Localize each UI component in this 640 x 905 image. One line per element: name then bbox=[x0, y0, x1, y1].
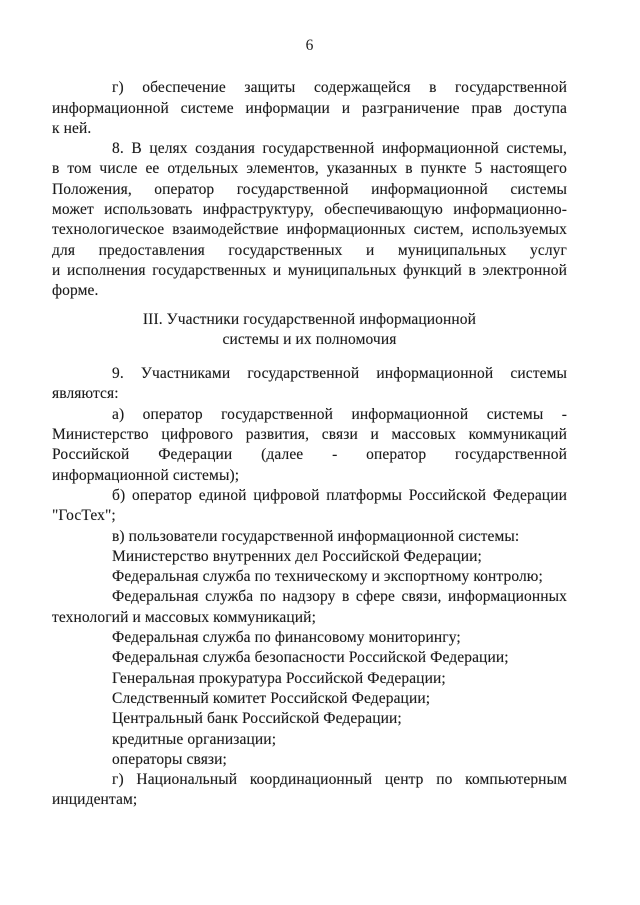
text-line: к ней. bbox=[52, 119, 567, 139]
document-page: 6 г) обеспечение защиты содержащейся в г… bbox=[0, 0, 640, 905]
text-line: технологий и массовых коммуникаций; bbox=[52, 608, 567, 628]
text-line: технологическое взаимодействие информаци… bbox=[52, 220, 567, 240]
text-line: Министерство внутренних дел Российской Ф… bbox=[52, 547, 567, 567]
text-line: Федеральная служба по надзору в сфере св… bbox=[52, 587, 567, 607]
text-line: информационной системы); bbox=[52, 466, 567, 486]
document-content: г) обеспечение защиты содержащейся в гос… bbox=[52, 78, 567, 810]
text-line: Следственный комитет Российской Федераци… bbox=[52, 689, 567, 709]
text-line: Федеральная служба безопасности Российск… bbox=[52, 648, 567, 668]
text-line: может использовать инфраструктуру, обесп… bbox=[52, 200, 567, 220]
text-line: кредитные организации; bbox=[52, 730, 567, 750]
text-line: 9. Участниками государственной информаци… bbox=[52, 364, 567, 384]
paragraph: г) обеспечение защиты содержащейся в гос… bbox=[52, 78, 567, 139]
text-line: III. Участники государственной информаци… bbox=[52, 310, 567, 330]
paragraph: в) пользователи государственной информац… bbox=[52, 527, 567, 547]
paragraph: Генеральная прокуратура Российской Федер… bbox=[52, 669, 567, 689]
text-line: в) пользователи государственной информац… bbox=[52, 527, 567, 547]
paragraph: Федеральная служба по финансовому монито… bbox=[52, 628, 567, 648]
text-line: и исполнения государственных и муниципал… bbox=[52, 261, 567, 281]
paragraph: б) оператор единой цифровой платформы Ро… bbox=[52, 486, 567, 527]
paragraph: г) Национальный координационный центр по… bbox=[52, 770, 567, 811]
text-line: 8. В целях создания государственной инфо… bbox=[52, 139, 567, 159]
text-line: г) Национальный координационный центр по… bbox=[52, 770, 567, 790]
text-line: Министерство цифрового развития, связи и… bbox=[52, 425, 567, 445]
paragraph: 9. Участниками государственной информаци… bbox=[52, 364, 567, 405]
paragraph: 8. В целях создания государственной инфо… bbox=[52, 139, 567, 301]
text-line: системы и их полномочия bbox=[52, 330, 567, 350]
page-number: 6 bbox=[52, 36, 567, 56]
text-line: являются: bbox=[52, 384, 567, 404]
text-line: "ГосТех"; bbox=[52, 506, 567, 526]
text-line: Генеральная прокуратура Российской Федер… bbox=[52, 669, 567, 689]
text-line: форме. bbox=[52, 281, 567, 301]
paragraph: Следственный комитет Российской Федераци… bbox=[52, 689, 567, 709]
text-line: Федеральная служба по техническому и экс… bbox=[52, 567, 567, 587]
section-heading: III. Участники государственной информаци… bbox=[52, 310, 567, 351]
text-line: а) оператор государственной информационн… bbox=[52, 405, 567, 425]
text-line: инцидентам; bbox=[52, 790, 567, 810]
text-line: Федеральная служба по финансовому монито… bbox=[52, 628, 567, 648]
paragraph: Федеральная служба по техническому и экс… bbox=[52, 567, 567, 587]
text-line: операторы связи; bbox=[52, 750, 567, 770]
paragraph: Федеральная служба по надзору в сфере св… bbox=[52, 587, 567, 628]
paragraph: Центральный банк Российской Федерации; bbox=[52, 709, 567, 729]
paragraph: Министерство внутренних дел Российской Ф… bbox=[52, 547, 567, 567]
text-line: Центральный банк Российской Федерации; bbox=[52, 709, 567, 729]
text-line: г) обеспечение защиты содержащейся в гос… bbox=[52, 78, 567, 98]
paragraph: операторы связи; bbox=[52, 750, 567, 770]
paragraph: а) оператор государственной информационн… bbox=[52, 405, 567, 486]
paragraph: Федеральная служба безопасности Российск… bbox=[52, 648, 567, 668]
paragraph: кредитные организации; bbox=[52, 730, 567, 750]
text-line: Российской Федерации (далее - оператор г… bbox=[52, 445, 567, 465]
text-line: информационной системе информации и разг… bbox=[52, 99, 567, 119]
text-line: б) оператор единой цифровой платформы Ро… bbox=[52, 486, 567, 506]
text-line: в том числе ее отдельных элементов, указ… bbox=[52, 159, 567, 179]
text-line: Положения, оператор государственной инфо… bbox=[52, 180, 567, 200]
text-line: для предоставления государственных и мун… bbox=[52, 241, 567, 261]
